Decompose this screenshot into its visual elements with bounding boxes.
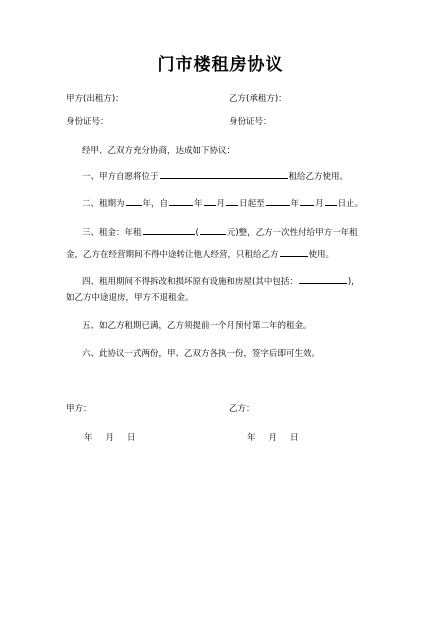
id-a-label: 身份证号： xyxy=(66,117,109,128)
year-label: 年 xyxy=(247,433,256,443)
rent-blank xyxy=(143,226,195,235)
month-label: 月 xyxy=(269,433,278,443)
text: 年 xyxy=(291,199,300,209)
date-a: 年月日 xyxy=(84,433,136,444)
text: 月 xyxy=(315,199,324,209)
date-b: 年月日 xyxy=(247,433,299,444)
facilities-blank xyxy=(299,275,347,284)
text: 年，自 xyxy=(143,199,169,209)
year-label: 年 xyxy=(84,433,93,443)
term-blank xyxy=(126,197,142,206)
clause-4-line-1: 四、租用期间不得拆改和损坏原有设施和房屋(其中包括：)， xyxy=(82,275,360,288)
clause-6: 六、此协议一式两份，甲、乙双方各执一份，签字后即可生效。 xyxy=(82,349,320,360)
clause-1: 一、甲方自愿将位于租给乙方使用。 xyxy=(82,170,348,183)
sign-b-label: 乙方： xyxy=(229,404,255,415)
clause-2: 二、租期为年，自年月日起至年月日止。 xyxy=(82,197,363,210)
text: 月 xyxy=(217,199,226,209)
party-a-label: 甲方(出租方)： xyxy=(66,94,124,105)
end-month-blank xyxy=(300,197,314,206)
end-year-blank xyxy=(266,197,290,206)
clause-5: 五、如乙方租期已满，乙方须提前一个月预付第二年的租金。 xyxy=(82,321,312,332)
text: 金，乙方在经营期间不得中途转让他人经营，只租给乙方 xyxy=(66,250,279,260)
day-label: 日 xyxy=(127,433,136,443)
clause-3-line-2: 金，乙方在经营期间不得中途转让他人经营，只租给乙方使用。 xyxy=(66,248,334,261)
clause-4-line-2: 如乙方中途退房，甲方不退租金。 xyxy=(66,293,194,304)
end-day-blank xyxy=(325,197,337,206)
text: 三、租金：年租 xyxy=(82,228,142,238)
clause-1-prefix: 一、甲方自愿将位于 xyxy=(82,172,159,182)
document-title: 门市楼租房协议 xyxy=(0,50,441,75)
text: 四、租用期间不得拆改和损坏原有设施和房屋(其中包括： xyxy=(82,277,298,287)
start-year-blank xyxy=(169,197,193,206)
text: 元)整，乙方一次性付给甲方一年租 xyxy=(227,228,358,238)
sign-a-label: 甲方： xyxy=(66,404,92,415)
party-b-label: 乙方(承租方)： xyxy=(229,94,287,105)
text: 日起至 xyxy=(239,199,265,209)
document-page: 门市楼租房协议 甲方(出租方)： 乙方(承租方)： 身份证号： 身份证号： 经甲… xyxy=(0,0,441,622)
clause-3-line-1: 三、租金：年租(元)整，乙方一次性付给甲方一年租 xyxy=(82,226,358,239)
text: 二、租期为 xyxy=(82,199,125,209)
text: 使用。 xyxy=(309,250,335,260)
start-day-blank xyxy=(226,197,238,206)
text: 日止。 xyxy=(338,199,364,209)
text: ( xyxy=(196,228,199,238)
day-label: 日 xyxy=(290,433,299,443)
id-b-label: 身份证号： xyxy=(229,117,272,128)
text: )， xyxy=(348,277,360,287)
location-blank xyxy=(160,170,288,179)
text: 年 xyxy=(194,199,203,209)
clause-1-suffix: 租给乙方使用。 xyxy=(289,172,349,182)
start-month-blank xyxy=(204,197,216,206)
usage-blank xyxy=(280,248,308,257)
month-label: 月 xyxy=(106,433,115,443)
rent-amount-blank xyxy=(200,226,226,235)
intro-text: 经甲、乙双方充分协商，达成如下协议： xyxy=(82,146,235,157)
